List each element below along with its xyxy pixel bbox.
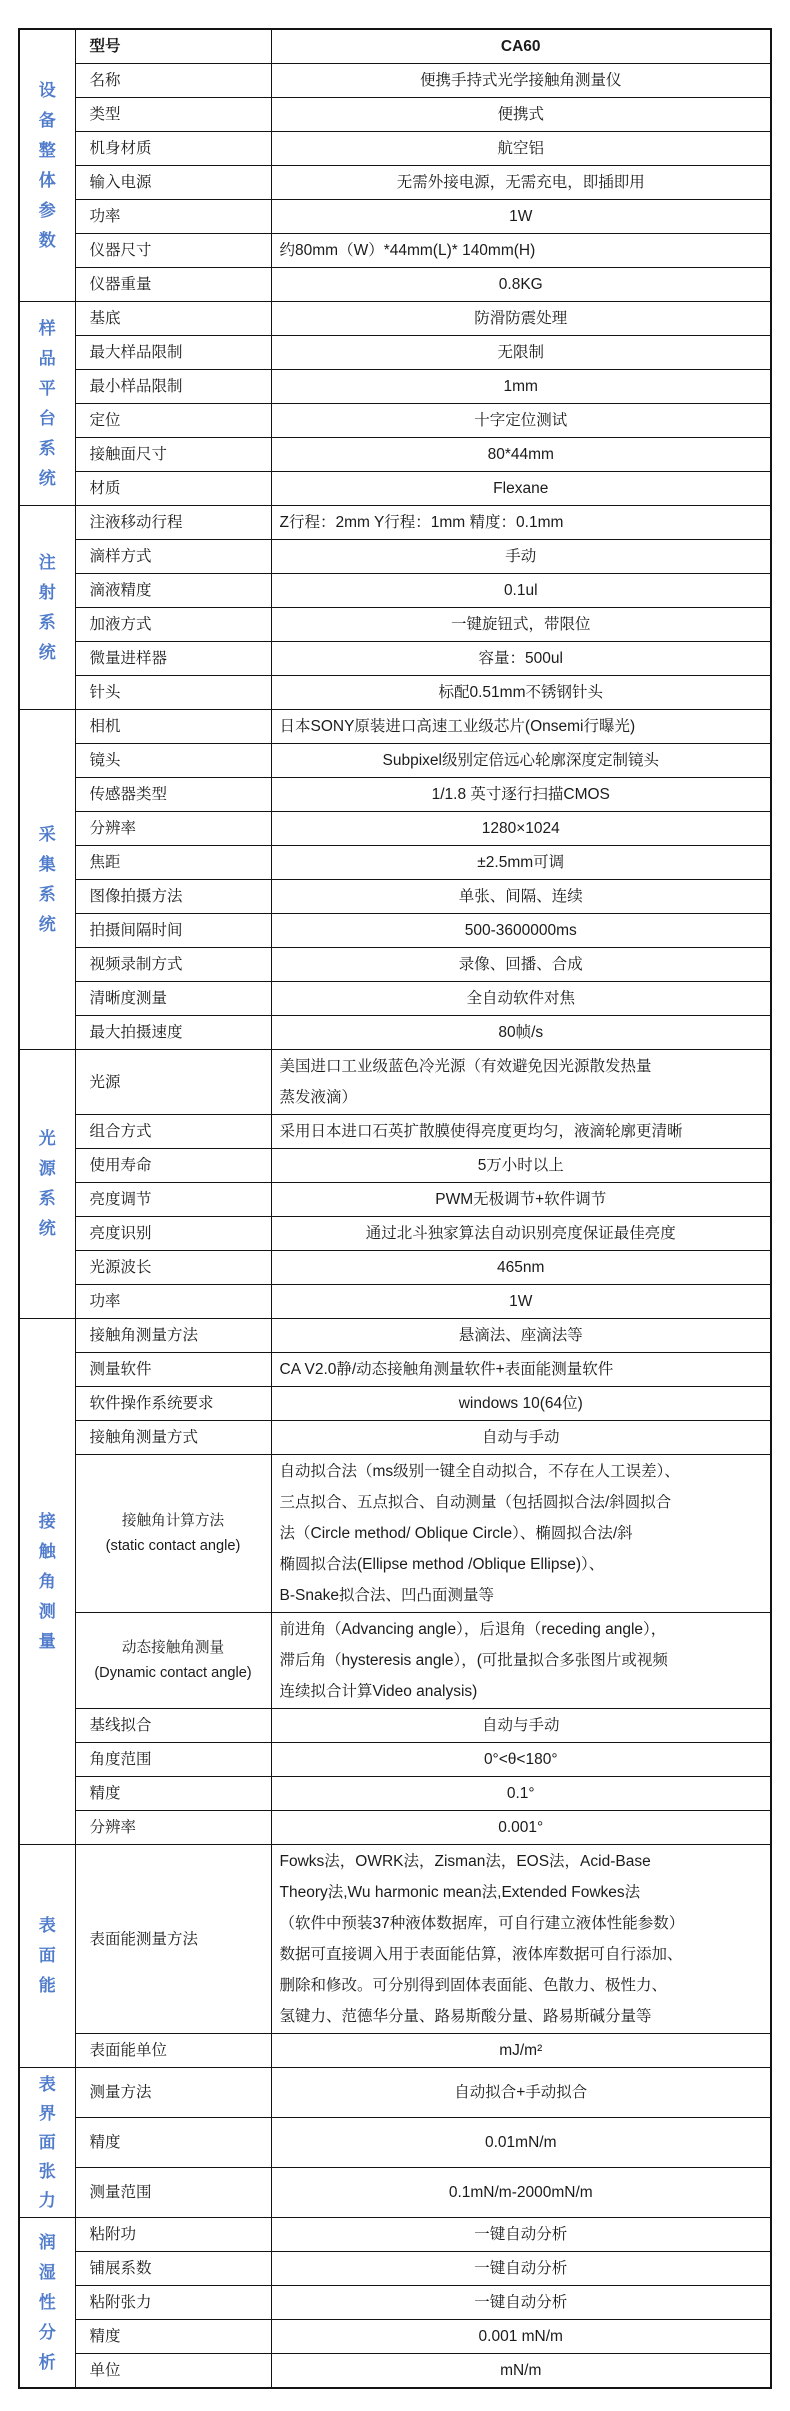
category-char: 统 [39,638,56,668]
spec-table-body: 设备整体参数型号CA60名称便携手持式光学接触角测量仪类型便携式机身材质航空铝输… [19,29,771,2388]
param-label: 视频录制方式 [75,948,271,982]
param-value: 一键自动分析 [271,2252,771,2286]
table-row: 亮度识别通过北斗独家算法自动识别亮度保证最佳亮度 [19,1217,771,1251]
section-category-vertical-label: 样品平台系统 [20,314,75,494]
table-row: 定位十字定位测试 [19,404,771,438]
table-row: 精度0.1° [19,1777,771,1811]
param-label: 功率 [75,200,271,234]
param-label: 类型 [75,98,271,132]
param-label: 使用寿命 [75,1149,271,1183]
section-category: 样品平台系统 [19,302,75,506]
param-label: 接触角测量方式 [75,1421,271,1455]
category-char: 面 [39,1941,56,1971]
category-char: 整 [39,136,56,166]
section-category: 接触角测量 [19,1319,75,1845]
param-value: 0.1mN/m-2000mN/m [271,2168,771,2218]
param-value: 1W [271,200,771,234]
category-char: 面 [39,2128,56,2157]
category-char: 系 [39,434,56,464]
param-label: 焦距 [75,846,271,880]
param-label: 仪器尺寸 [75,234,271,268]
category-char: 参 [39,196,56,226]
param-value: 日本SONY原装进口高速工业级芯片(Onsemi行曝光) [271,710,771,744]
param-value: mN/m [271,2354,771,2389]
table-row: 采集系统相机日本SONY原装进口高速工业级芯片(Onsemi行曝光) [19,710,771,744]
section-category: 表面能 [19,1845,75,2068]
param-value: 80*44mm [271,438,771,472]
category-char: 采 [39,820,56,850]
param-value: 500-3600000ms [271,914,771,948]
param-value: 便携式 [271,98,771,132]
param-label: 输入电源 [75,166,271,200]
table-row: 滴样方式手动 [19,540,771,574]
table-row: 拍摄间隔时间500-3600000ms [19,914,771,948]
section-category-vertical-label: 光源系统 [20,1124,75,1244]
section-category: 表界面张力 [19,2068,75,2218]
param-value: 1/1.8 英寸逐行扫描CMOS [271,778,771,812]
param-label: 拍摄间隔时间 [75,914,271,948]
category-char: 接 [39,1507,56,1537]
table-row: 最小样品限制1mm [19,370,771,404]
category-char: 集 [39,850,56,880]
param-value: 0°<θ<180° [271,1743,771,1777]
param-value: 自动拟合法（ms级别一键全自动拟合，不存在人工误差）、 三点拟合、五点拟合、自动… [271,1455,771,1613]
param-value: 容量：500ul [271,642,771,676]
param-label: 清晰度测量 [75,982,271,1016]
category-char: 润 [39,2228,56,2258]
table-row: 样品平台系统基底防滑防震处理 [19,302,771,336]
table-row: 表面能单位mJ/m² [19,2034,771,2068]
table-row: 镜头Subpixel级别定倍远心轮廓深度定制镜头 [19,744,771,778]
category-char: 表 [39,1911,56,1941]
section-category-vertical-label: 表界面张力 [20,2070,75,2215]
param-value: 防滑防震处理 [271,302,771,336]
param-label: 测量范围 [75,2168,271,2218]
param-label: 铺展系数 [75,2252,271,2286]
category-char: 统 [39,1214,56,1244]
param-label: 针头 [75,676,271,710]
table-row: 功率1W [19,1285,771,1319]
param-value: 单张、间隔、连续 [271,880,771,914]
param-value: windows 10(64位) [271,1387,771,1421]
param-value: 航空铝 [271,132,771,166]
category-char: 张 [39,2157,56,2186]
table-row: 最大拍摄速度80帧/s [19,1016,771,1050]
category-char: 力 [39,2186,56,2215]
param-label: 表面能单位 [75,2034,271,2068]
category-char: 品 [39,344,56,374]
section-category: 光源系统 [19,1050,75,1319]
section-category-vertical-label: 润湿性分析 [20,2228,75,2378]
param-label: 传感器类型 [75,778,271,812]
category-char: 平 [39,374,56,404]
param-value: 自动与手动 [271,1421,771,1455]
param-label: 动态接触角测量 (Dynamic contact angle) [75,1613,271,1709]
table-row: 基线拟合自动与手动 [19,1709,771,1743]
param-label: 精度 [75,2118,271,2168]
param-value: 前进角（Advancing angle），后退角（receding angle）… [271,1613,771,1709]
param-value: CA V2.0静/动态接触角测量软件+表面能测量软件 [271,1353,771,1387]
category-char: 能 [39,1971,56,2001]
param-value: mJ/m² [271,2034,771,2068]
table-row: 机身材质航空铝 [19,132,771,166]
table-row: 名称便携手持式光学接触角测量仪 [19,64,771,98]
param-label: 机身材质 [75,132,271,166]
table-row: 传感器类型1/1.8 英寸逐行扫描CMOS [19,778,771,812]
category-char: 触 [39,1537,56,1567]
param-label: 加液方式 [75,608,271,642]
spec-sheet: 设备整体参数型号CA60名称便携手持式光学接触角测量仪类型便携式机身材质航空铝输… [0,0,790,2411]
category-char: 性 [39,2288,56,2318]
section-category-vertical-label: 接触角测量 [20,1507,75,1657]
param-label: 仪器重量 [75,268,271,302]
table-row: 单位mN/m [19,2354,771,2389]
param-value: 80帧/s [271,1016,771,1050]
param-label: 粘附张力 [75,2286,271,2320]
table-row: 最大样品限制无限制 [19,336,771,370]
param-label: 光源 [75,1050,271,1115]
category-char: 分 [39,2318,56,2348]
category-char: 射 [39,578,56,608]
param-value: Flexane [271,472,771,506]
table-row: 亮度调节PWM无极调节+软件调节 [19,1183,771,1217]
param-value: 悬滴法、座滴法等 [271,1319,771,1353]
category-char: 备 [39,106,56,136]
param-label: 基线拟合 [75,1709,271,1743]
param-label: 单位 [75,2354,271,2389]
table-row: 仪器尺寸约80mm（W）*44mm(L)* 140mm(H) [19,234,771,268]
param-label: 名称 [75,64,271,98]
param-label: 分辨率 [75,812,271,846]
param-value: 0.8KG [271,268,771,302]
param-value: 0.01mN/m [271,2118,771,2168]
param-value: 手动 [271,540,771,574]
section-category-vertical-label: 表面能 [20,1911,75,2001]
param-label: 软件操作系统要求 [75,1387,271,1421]
param-value: 0.001° [271,1811,771,1845]
table-row: 加液方式一键旋钮式，带限位 [19,608,771,642]
category-char: 注 [39,548,56,578]
category-char: 湿 [39,2258,56,2288]
category-char: 样 [39,314,56,344]
param-value: PWM无极调节+软件调节 [271,1183,771,1217]
param-value: 1W [271,1285,771,1319]
table-row: 光源系统光源美国进口工业级蓝色冷光源（有效避免因光源散发热量 蒸发液滴） [19,1050,771,1115]
category-char: 台 [39,404,56,434]
table-row: 材质Flexane [19,472,771,506]
table-row: 表界面张力测量方法自动拟合+手动拟合 [19,2068,771,2118]
section-category: 润湿性分析 [19,2218,75,2389]
param-label: 镜头 [75,744,271,778]
param-value: 标配0.51mm不锈钢针头 [271,676,771,710]
param-value: 一键自动分析 [271,2218,771,2252]
table-row: 滴液精度0.1ul [19,574,771,608]
table-row: 针头标配0.51mm不锈钢针头 [19,676,771,710]
param-value: 5万小时以上 [271,1149,771,1183]
param-label: 粘附功 [75,2218,271,2252]
table-row: 角度范围0°<θ<180° [19,1743,771,1777]
param-label: 接触角测量方法 [75,1319,271,1353]
param-label: 注液移动行程 [75,506,271,540]
param-label: 基底 [75,302,271,336]
param-label: 滴样方式 [75,540,271,574]
table-row: 动态接触角测量 (Dynamic contact angle)前进角（Advan… [19,1613,771,1709]
param-label: 角度范围 [75,1743,271,1777]
category-char: 系 [39,880,56,910]
table-row: 图像拍摄方法单张、间隔、连续 [19,880,771,914]
table-row: 光源波长465nm [19,1251,771,1285]
table-row: 注射系统注液移动行程Z行程：2mm Y行程：1mm 精度：0.1mm [19,506,771,540]
table-row: 仪器重量0.8KG [19,268,771,302]
spec-table: 设备整体参数型号CA60名称便携手持式光学接触角测量仪类型便携式机身材质航空铝输… [18,28,772,2389]
param-label: 组合方式 [75,1115,271,1149]
category-char: 系 [39,1184,56,1214]
param-label: 接触面尺寸 [75,438,271,472]
table-row: 铺展系数一键自动分析 [19,2252,771,2286]
param-value: Fowks法，OWRK法，Zisman法，EOS法，Acid-Base Theo… [271,1845,771,2034]
table-row: 设备整体参数型号CA60 [19,29,771,64]
param-value: 自动与手动 [271,1709,771,1743]
category-char: 表 [39,2070,56,2099]
category-char: 界 [39,2099,56,2128]
param-value: 便携手持式光学接触角测量仪 [271,64,771,98]
table-row: 清晰度测量全自动软件对焦 [19,982,771,1016]
param-value: 采用日本进口石英扩散膜使得亮度更均匀，液滴轮廓更清晰 [271,1115,771,1149]
category-char: 角 [39,1567,56,1597]
table-row: 分辨率0.001° [19,1811,771,1845]
param-label: 微量进样器 [75,642,271,676]
param-label: 接触角计算方法 (static contact angle) [75,1455,271,1613]
param-value: 通过北斗独家算法自动识别亮度保证最佳亮度 [271,1217,771,1251]
param-label: 功率 [75,1285,271,1319]
category-char: 体 [39,166,56,196]
table-row: 输入电源无需外接电源，无需充电，即插即用 [19,166,771,200]
section-category: 注射系统 [19,506,75,710]
param-value: 0.1° [271,1777,771,1811]
param-value: 十字定位测试 [271,404,771,438]
category-char: 统 [39,910,56,940]
param-label: 精度 [75,1777,271,1811]
param-value: 一键旋钮式，带限位 [271,608,771,642]
table-row: 表面能表面能测量方法Fowks法，OWRK法，Zisman法，EOS法，Acid… [19,1845,771,2034]
param-label: 最大样品限制 [75,336,271,370]
category-char: 光 [39,1124,56,1154]
table-row: 使用寿命5万小时以上 [19,1149,771,1183]
param-label: 最小样品限制 [75,370,271,404]
table-row: 视频录制方式录像、回播、合成 [19,948,771,982]
table-row: 接触角计算方法 (static contact angle)自动拟合法（ms级别… [19,1455,771,1613]
table-row: 精度0.01mN/m [19,2118,771,2168]
param-label: 定位 [75,404,271,438]
section-category: 采集系统 [19,710,75,1050]
table-row: 功率1W [19,200,771,234]
param-value: 465nm [271,1251,771,1285]
param-label: 分辨率 [75,1811,271,1845]
param-label: 亮度调节 [75,1183,271,1217]
table-row: 微量进样器容量：500ul [19,642,771,676]
param-label: 测量方法 [75,2068,271,2118]
param-value: CA60 [271,29,771,64]
param-label: 型号 [75,29,271,64]
category-char: 系 [39,608,56,638]
table-row: 测量软件CA V2.0静/动态接触角测量软件+表面能测量软件 [19,1353,771,1387]
param-value: 录像、回播、合成 [271,948,771,982]
table-row: 润湿性分析粘附功一键自动分析 [19,2218,771,2252]
section-category-vertical-label: 注射系统 [20,548,75,668]
param-value: 1280×1024 [271,812,771,846]
param-value: Z行程：2mm Y行程：1mm 精度：0.1mm [271,506,771,540]
table-row: 焦距±2.5mm可调 [19,846,771,880]
param-label: 测量软件 [75,1353,271,1387]
param-value: 0.001 mN/m [271,2320,771,2354]
param-label: 材质 [75,472,271,506]
section-category-vertical-label: 设备整体参数 [20,76,75,256]
param-value: 1mm [271,370,771,404]
table-row: 软件操作系统要求windows 10(64位) [19,1387,771,1421]
param-value: 0.1ul [271,574,771,608]
param-value: 约80mm（W）*44mm(L)* 140mm(H) [271,234,771,268]
param-label: 滴液精度 [75,574,271,608]
param-label: 表面能测量方法 [75,1845,271,2034]
category-char: 析 [39,2348,56,2378]
table-row: 接触面尺寸80*44mm [19,438,771,472]
param-value: 一键自动分析 [271,2286,771,2320]
param-value: ±2.5mm可调 [271,846,771,880]
param-value: 自动拟合+手动拟合 [271,2068,771,2118]
table-row: 接触角测量接触角测量方法悬滴法、座滴法等 [19,1319,771,1353]
table-row: 组合方式采用日本进口石英扩散膜使得亮度更均匀，液滴轮廓更清晰 [19,1115,771,1149]
param-label: 光源波长 [75,1251,271,1285]
param-value: 美国进口工业级蓝色冷光源（有效避免因光源散发热量 蒸发液滴） [271,1050,771,1115]
param-label: 相机 [75,710,271,744]
category-char: 设 [39,76,56,106]
category-char: 测 [39,1597,56,1627]
table-row: 类型便携式 [19,98,771,132]
section-category: 设备整体参数 [19,29,75,302]
param-value: 无限制 [271,336,771,370]
category-char: 源 [39,1154,56,1184]
category-char: 量 [39,1627,56,1657]
param-label: 精度 [75,2320,271,2354]
table-row: 精度0.001 mN/m [19,2320,771,2354]
category-char: 数 [39,226,56,256]
param-value: 无需外接电源，无需充电，即插即用 [271,166,771,200]
param-value: Subpixel级别定倍远心轮廓深度定制镜头 [271,744,771,778]
param-label: 亮度识别 [75,1217,271,1251]
table-row: 粘附张力一键自动分析 [19,2286,771,2320]
param-label: 图像拍摄方法 [75,880,271,914]
table-row: 分辨率1280×1024 [19,812,771,846]
param-value: 全自动软件对焦 [271,982,771,1016]
category-char: 统 [39,464,56,494]
table-row: 接触角测量方式自动与手动 [19,1421,771,1455]
section-category-vertical-label: 采集系统 [20,820,75,940]
param-label: 最大拍摄速度 [75,1016,271,1050]
table-row: 测量范围0.1mN/m-2000mN/m [19,2168,771,2218]
